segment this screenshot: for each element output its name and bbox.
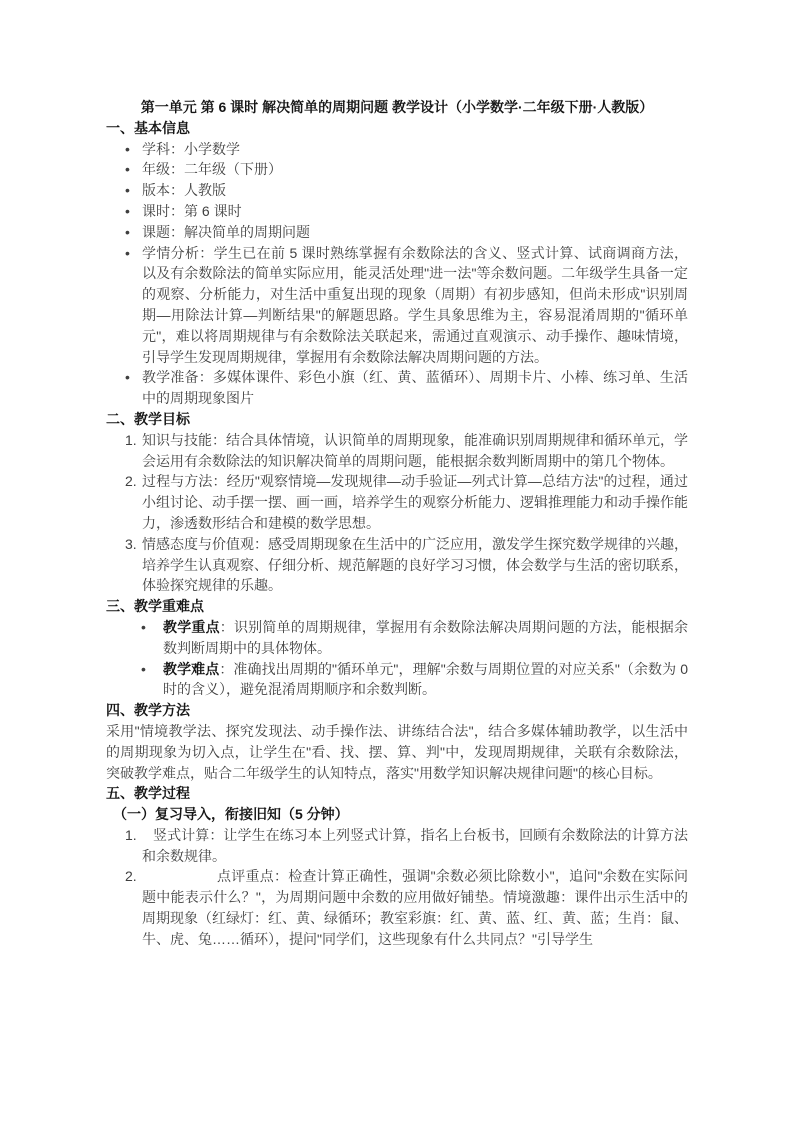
list-item: • 教学重点：识别简单的周期规律，掌握用有余数除法解决周期问题的方法，能根据余数…	[106, 617, 688, 659]
list-item-text: 教学准备：多媒体课件、彩色小旗（红、黄、蓝循环）、周期卡片、小棒、练习单、生活中…	[142, 369, 688, 406]
list-item-text: 学科：小学数学	[142, 141, 240, 157]
objectives-list: 1. 知识与技能：结合具体情境，认识简单的周期现象，能准确识别周期规律和循环单元…	[106, 430, 688, 596]
list-item-text: 竖式计算：让学生在练习本上列竖式计算，指名上台板书，回顾有余数除法的计算方法和余…	[142, 827, 688, 864]
list-item: • 教学难点：准确找出周期的"循环单元"，理解"余数与周期位置的对应关系"（余数…	[106, 659, 688, 701]
bullet-icon: •	[125, 159, 130, 180]
document-page: 第一单元 第 6 课时 解决简单的周期问题 教学设计（小学数学·二年级下册·人教…	[106, 97, 688, 950]
bullet-icon: •	[141, 617, 146, 638]
list-number: 2.	[125, 471, 137, 492]
section-heading-methods: 四、教学方法	[106, 700, 688, 721]
stage-one-list: 1. 竖式计算：让学生在练习本上列竖式计算，指名上台板书，回顾有余数除法的计算方…	[106, 825, 688, 950]
list-item: 1. 竖式计算：让学生在练习本上列竖式计算，指名上台板书，回顾有余数除法的计算方…	[106, 825, 688, 867]
list-item-text: 课时：第 6 课时	[142, 203, 242, 219]
list-item-text: 点评重点：检查计算正确性，强调"余数必须比除数小"，追问"余数在实际问题中能表示…	[142, 868, 688, 946]
list-item: • 学科：小学数学	[106, 139, 688, 160]
list-number: 3.	[125, 534, 137, 555]
list-item-text: 课题：解决简单的周期问题	[142, 224, 310, 240]
section-heading-objectives: 二、教学目标	[106, 409, 688, 430]
section-heading-process: 五、教学过程	[106, 783, 688, 804]
key-point-label: 教学重点	[163, 619, 220, 635]
list-item: 2. 过程与方法：经历"观察情境—发现规律—动手验证—列式计算—总结方法"的过程…	[106, 471, 688, 533]
list-item: • 版本：人教版	[106, 180, 688, 201]
key-point-label: 教学难点	[163, 661, 219, 677]
key-point-body: ：准确找出周期的"循环单元"，理解"余数与周期位置的对应关系"（余数为 0 时的…	[163, 661, 688, 698]
key-points-list: • 教学重点：识别简单的周期规律，掌握用有余数除法解决周期问题的方法，能根据余数…	[106, 617, 688, 700]
list-item: • 学情分析：学生已在前 5 课时熟练掌握有余数除法的含义、竖式计算、试商调商方…	[106, 243, 688, 368]
bullet-icon: •	[141, 659, 146, 680]
bullet-icon: •	[125, 139, 130, 160]
section-heading-key-points: 三、教学重难点	[106, 596, 688, 617]
methods-paragraph: 采用"情境教学法、探究发现法、动手操作法、讲练结合法"，结合多媒体辅助教学，以生…	[106, 721, 688, 783]
bullet-icon: •	[125, 201, 130, 222]
list-item-text: 教学重点：识别简单的周期规律，掌握用有余数除法解决周期问题的方法，能根据余数判断…	[163, 619, 688, 656]
list-item: 1. 知识与技能：结合具体情境，认识简单的周期现象，能准确识别周期规律和循环单元…	[106, 430, 688, 472]
list-item-text: 教学难点：准确找出周期的"循环单元"，理解"余数与周期位置的对应关系"（余数为 …	[163, 661, 688, 698]
list-item: 2. 点评重点：检查计算正确性，强调"余数必须比除数小"，追问"余数在实际问题中…	[106, 866, 688, 949]
bullet-icon: •	[125, 243, 130, 264]
document-title: 第一单元 第 6 课时 解决简单的周期问题 教学设计（小学数学·二年级下册·人教…	[106, 97, 688, 118]
list-item-text: 版本：人教版	[142, 182, 226, 198]
stage-one-heading: （一）复习导入，衔接旧知（5 分钟）	[106, 804, 688, 825]
bullet-icon: •	[125, 222, 130, 243]
list-number: 1.	[125, 430, 137, 451]
bullet-icon: •	[125, 367, 130, 388]
list-item-text: 情感态度与价值观：感受周期现象在生活中的广泛应用，激发学生探究数学规律的兴趣，培…	[142, 536, 688, 594]
key-point-body: ：识别简单的周期规律，掌握用有余数除法解决周期问题的方法，能根据余数判断周期中的…	[163, 619, 688, 656]
list-item: • 教学准备：多媒体课件、彩色小旗（红、黄、蓝循环）、周期卡片、小棒、练习单、生…	[106, 367, 688, 409]
document-canvas: { "doc": { "bullet_char": "•", "title": …	[0, 0, 794, 1123]
bullet-icon: •	[125, 180, 130, 201]
list-number: 1.	[125, 825, 137, 846]
list-item-text: 年级：二年级（下册）	[142, 161, 282, 177]
basic-info-list: • 学科：小学数学 • 年级：二年级（下册） • 版本：人教版 • 课时：第 6…	[106, 139, 688, 409]
list-item-text: 过程与方法：经历"观察情境—发现规律—动手验证—列式计算—总结方法"的过程，通过…	[142, 473, 688, 531]
list-item: • 课题：解决简单的周期问题	[106, 222, 688, 243]
list-number: 2.	[125, 866, 137, 887]
list-item: 3. 情感态度与价值观：感受周期现象在生活中的广泛应用，激发学生探究数学规律的兴…	[106, 534, 688, 596]
list-item-text: 学情分析：学生已在前 5 课时熟练掌握有余数除法的含义、竖式计算、试商调商方法，…	[142, 245, 688, 365]
list-item: • 课时：第 6 课时	[106, 201, 688, 222]
list-item: • 年级：二年级（下册）	[106, 159, 688, 180]
list-item-text: 知识与技能：结合具体情境，认识简单的周期现象，能准确识别周期规律和循环单元，学会…	[142, 432, 688, 469]
section-heading-basic-info: 一、基本信息	[106, 118, 688, 139]
